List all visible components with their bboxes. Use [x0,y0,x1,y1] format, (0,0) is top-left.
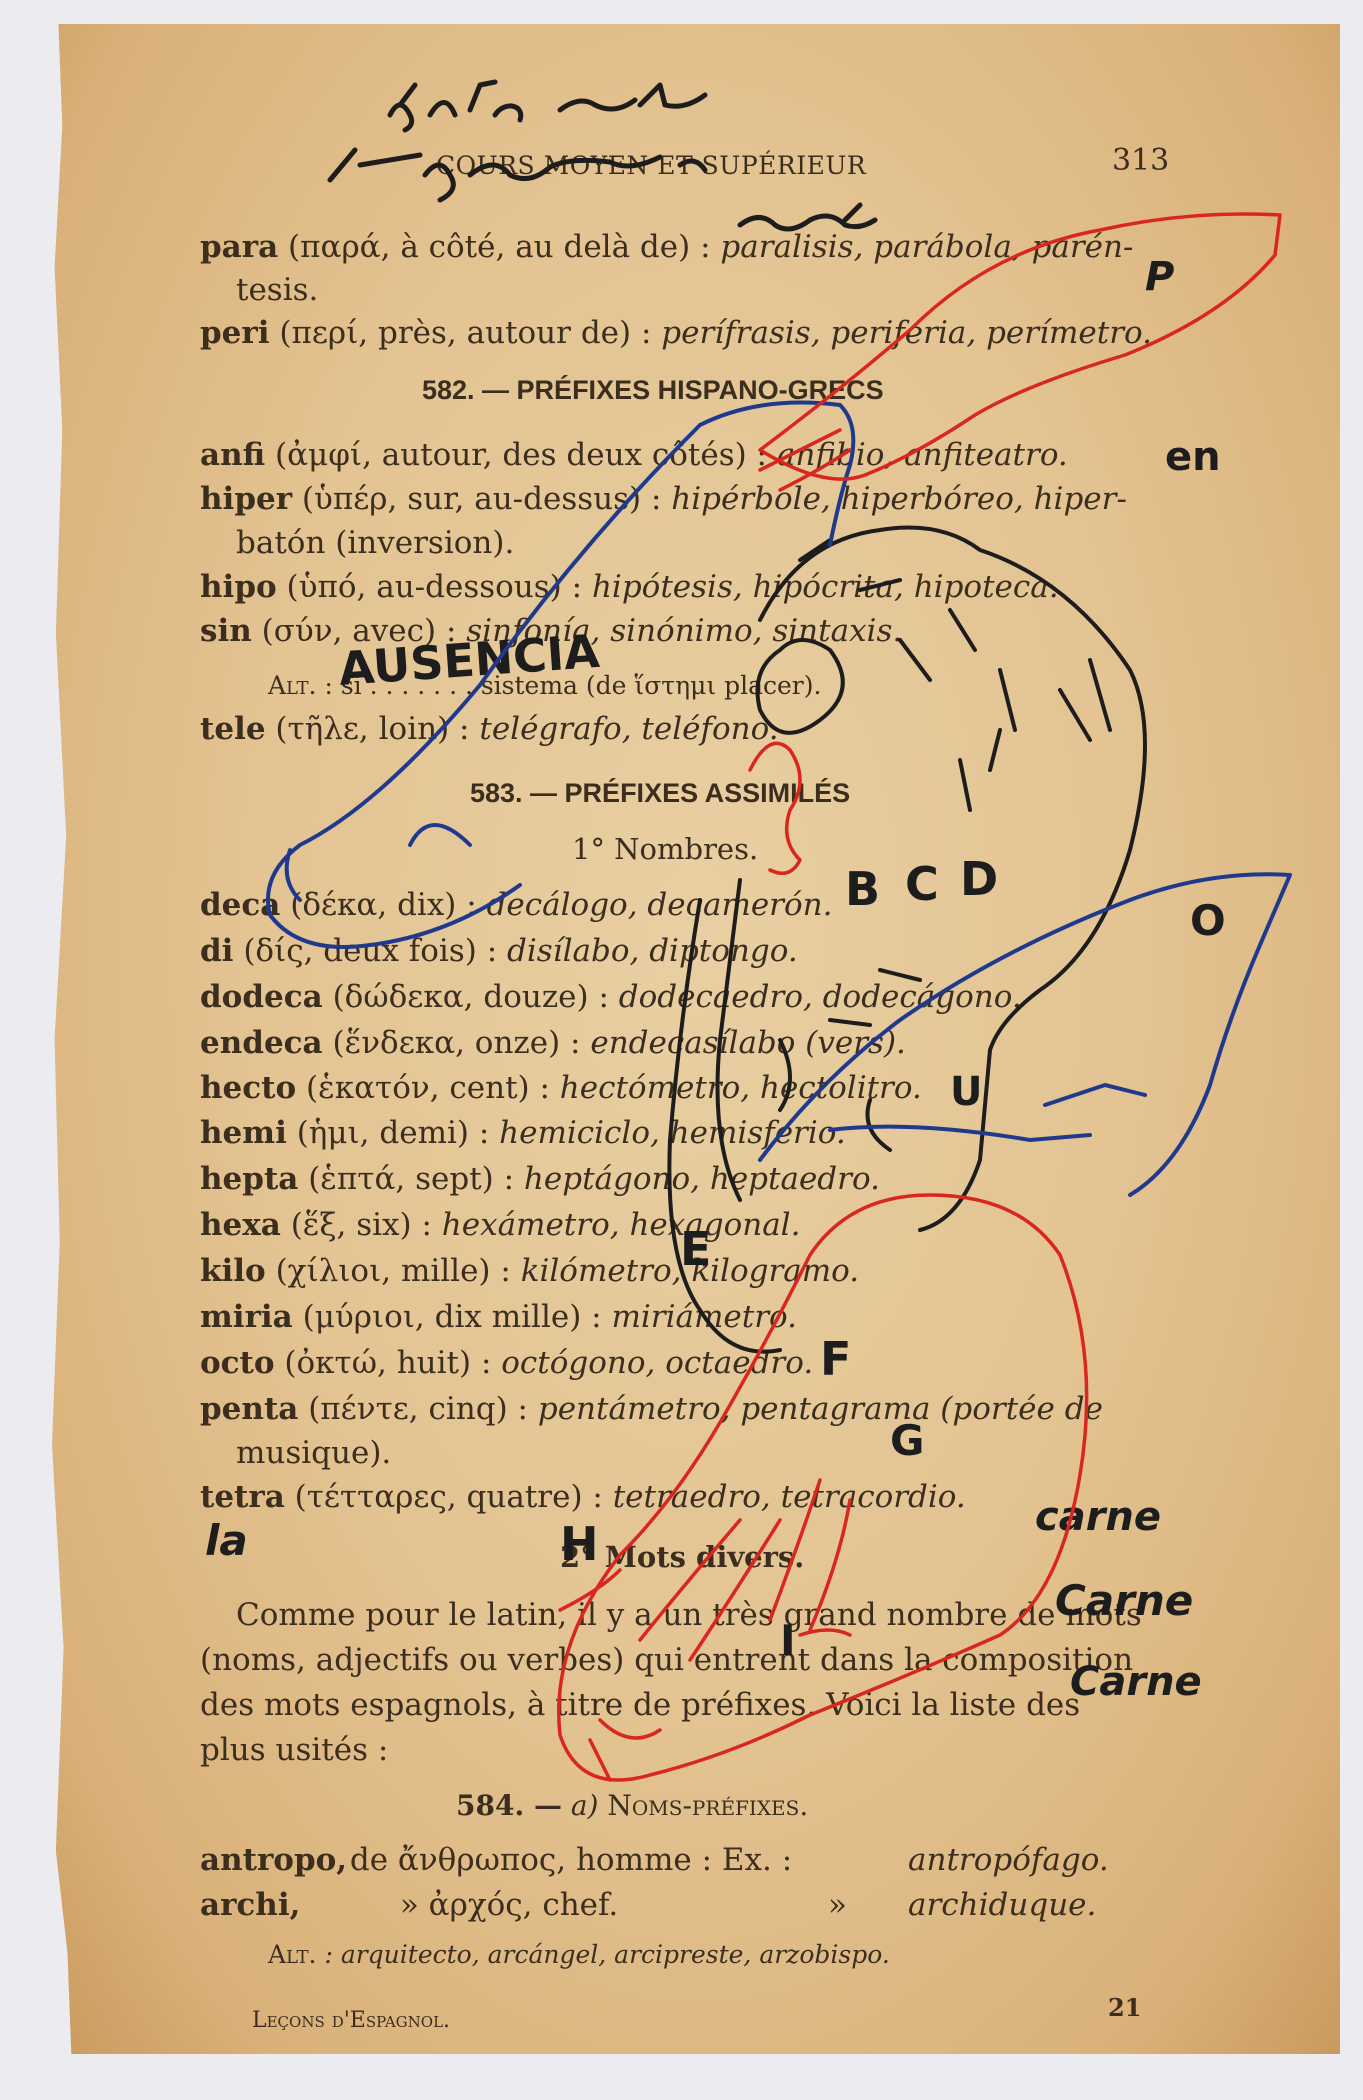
entry-peri: peri (περί, près, autour de) : perífrasi… [200,318,1152,349]
alt-582: Alt. : si . . . . . . . sistema (de ἵστη… [268,673,821,698]
signature-mark: 21 [1108,1996,1141,2020]
entry-octo: octo (ὀκτώ, huit) : octógono, octaedro. [200,1348,813,1379]
entry-kilo: kilo (χίλιοι, mille) : kilómetro, kilogr… [200,1256,859,1287]
entry-di: di (δίς, deux fois) : disílabo, diptongo… [200,936,798,967]
paragraph-line-1: Comme pour le latin, il y a un très gran… [236,1600,1142,1631]
paragraph-line-4: plus usités : [200,1735,388,1766]
section-583-subtitle2: 2° Mots divers. [560,1543,804,1572]
section-583-subtitle: 1° Nombres. [572,835,758,864]
alt-584: Alt. : arquitecto, arcángel, arcipreste,… [268,1942,890,1967]
entry-hecto: hecto (ἑκατόν, cent) : hectómetro, hecto… [200,1073,922,1104]
row-archi-ditto: » [828,1890,847,1921]
row-archi: archi, » ἀρχός, chef. [200,1890,618,1921]
row-archi-example: archiduque. [908,1890,1096,1921]
entry-hexa: hexa (ἕξ, six) : hexámetro, hexagonal. [200,1210,800,1241]
entry-hipo: hipo (ὑπό, au-dessous) : hipótesis, hipó… [200,572,1059,603]
section-584-title: 584. — a) Noms-préfixes. [456,1792,808,1820]
book-title-footer: Leçons d'Espagnol. [252,2010,450,2032]
paragraph-line-2: (noms, adjectifs ou verbes) qui entrent … [200,1645,1133,1676]
entry-hepta: hepta (ἑπτά, sept) : heptágono, heptaedr… [200,1164,880,1195]
row-antropo-example: antropófago. [908,1845,1109,1876]
row-antropo: antropo, de ἄνθρωπος, homme : Ex. : [200,1845,792,1876]
section-583-title: 583. — PRÉFIXES ASSIMILÉS [470,780,850,807]
entry-sin: sin (σύν, avec) : sinfonía, sinónimo, si… [200,616,902,647]
entry-miria: miria (μύριοι, dix mille) : miriámetro. [200,1302,797,1333]
section-582-title: 582. — PRÉFIXES HISPANO-GRECS [422,377,884,404]
entry-tele: tele (τῆλε, loin) : telégrafo, teléfono. [200,714,779,745]
entry-anfi: anfi (ἀμφί, autour, des deux côtés) : an… [200,440,1068,471]
entry-penta-cont: musique). [236,1438,391,1469]
entry-tetra: tetra (τέτταρες, quatre) : tetraedro, te… [200,1482,966,1513]
entry-penta: penta (πέντε, cinq) : pentámetro, pentag… [200,1394,1103,1425]
entry-hiper-cont: batón (inversion). [236,528,514,559]
entry-hiper: hiper (ὑπέρ, sur, au-dessus) : hipérbole… [200,484,1127,515]
entry-para-cont: tesis. [236,275,318,306]
entry-endeca: endeca (ἕνδεκα, onze) : endecasílabo (ve… [200,1028,906,1059]
paragraph-line-3: des mots espagnols, à titre de préfixes.… [200,1690,1080,1721]
running-title: COURS MOYEN ET SUPÉRIEUR [436,153,866,178]
page-number: 313 [1112,146,1169,176]
entry-deca: deca (δέκα, dix) : decálogo, decamerón. [200,890,832,921]
entry-dodeca: dodeca (δώδεκα, douze) : dodecaedro, dod… [200,982,1022,1013]
entry-hemi: hemi (ἡμι, demi) : hemiciclo, hemisferio… [200,1118,846,1149]
entry-para: para (παρά, à côté, au delà de) : parali… [200,232,1133,263]
